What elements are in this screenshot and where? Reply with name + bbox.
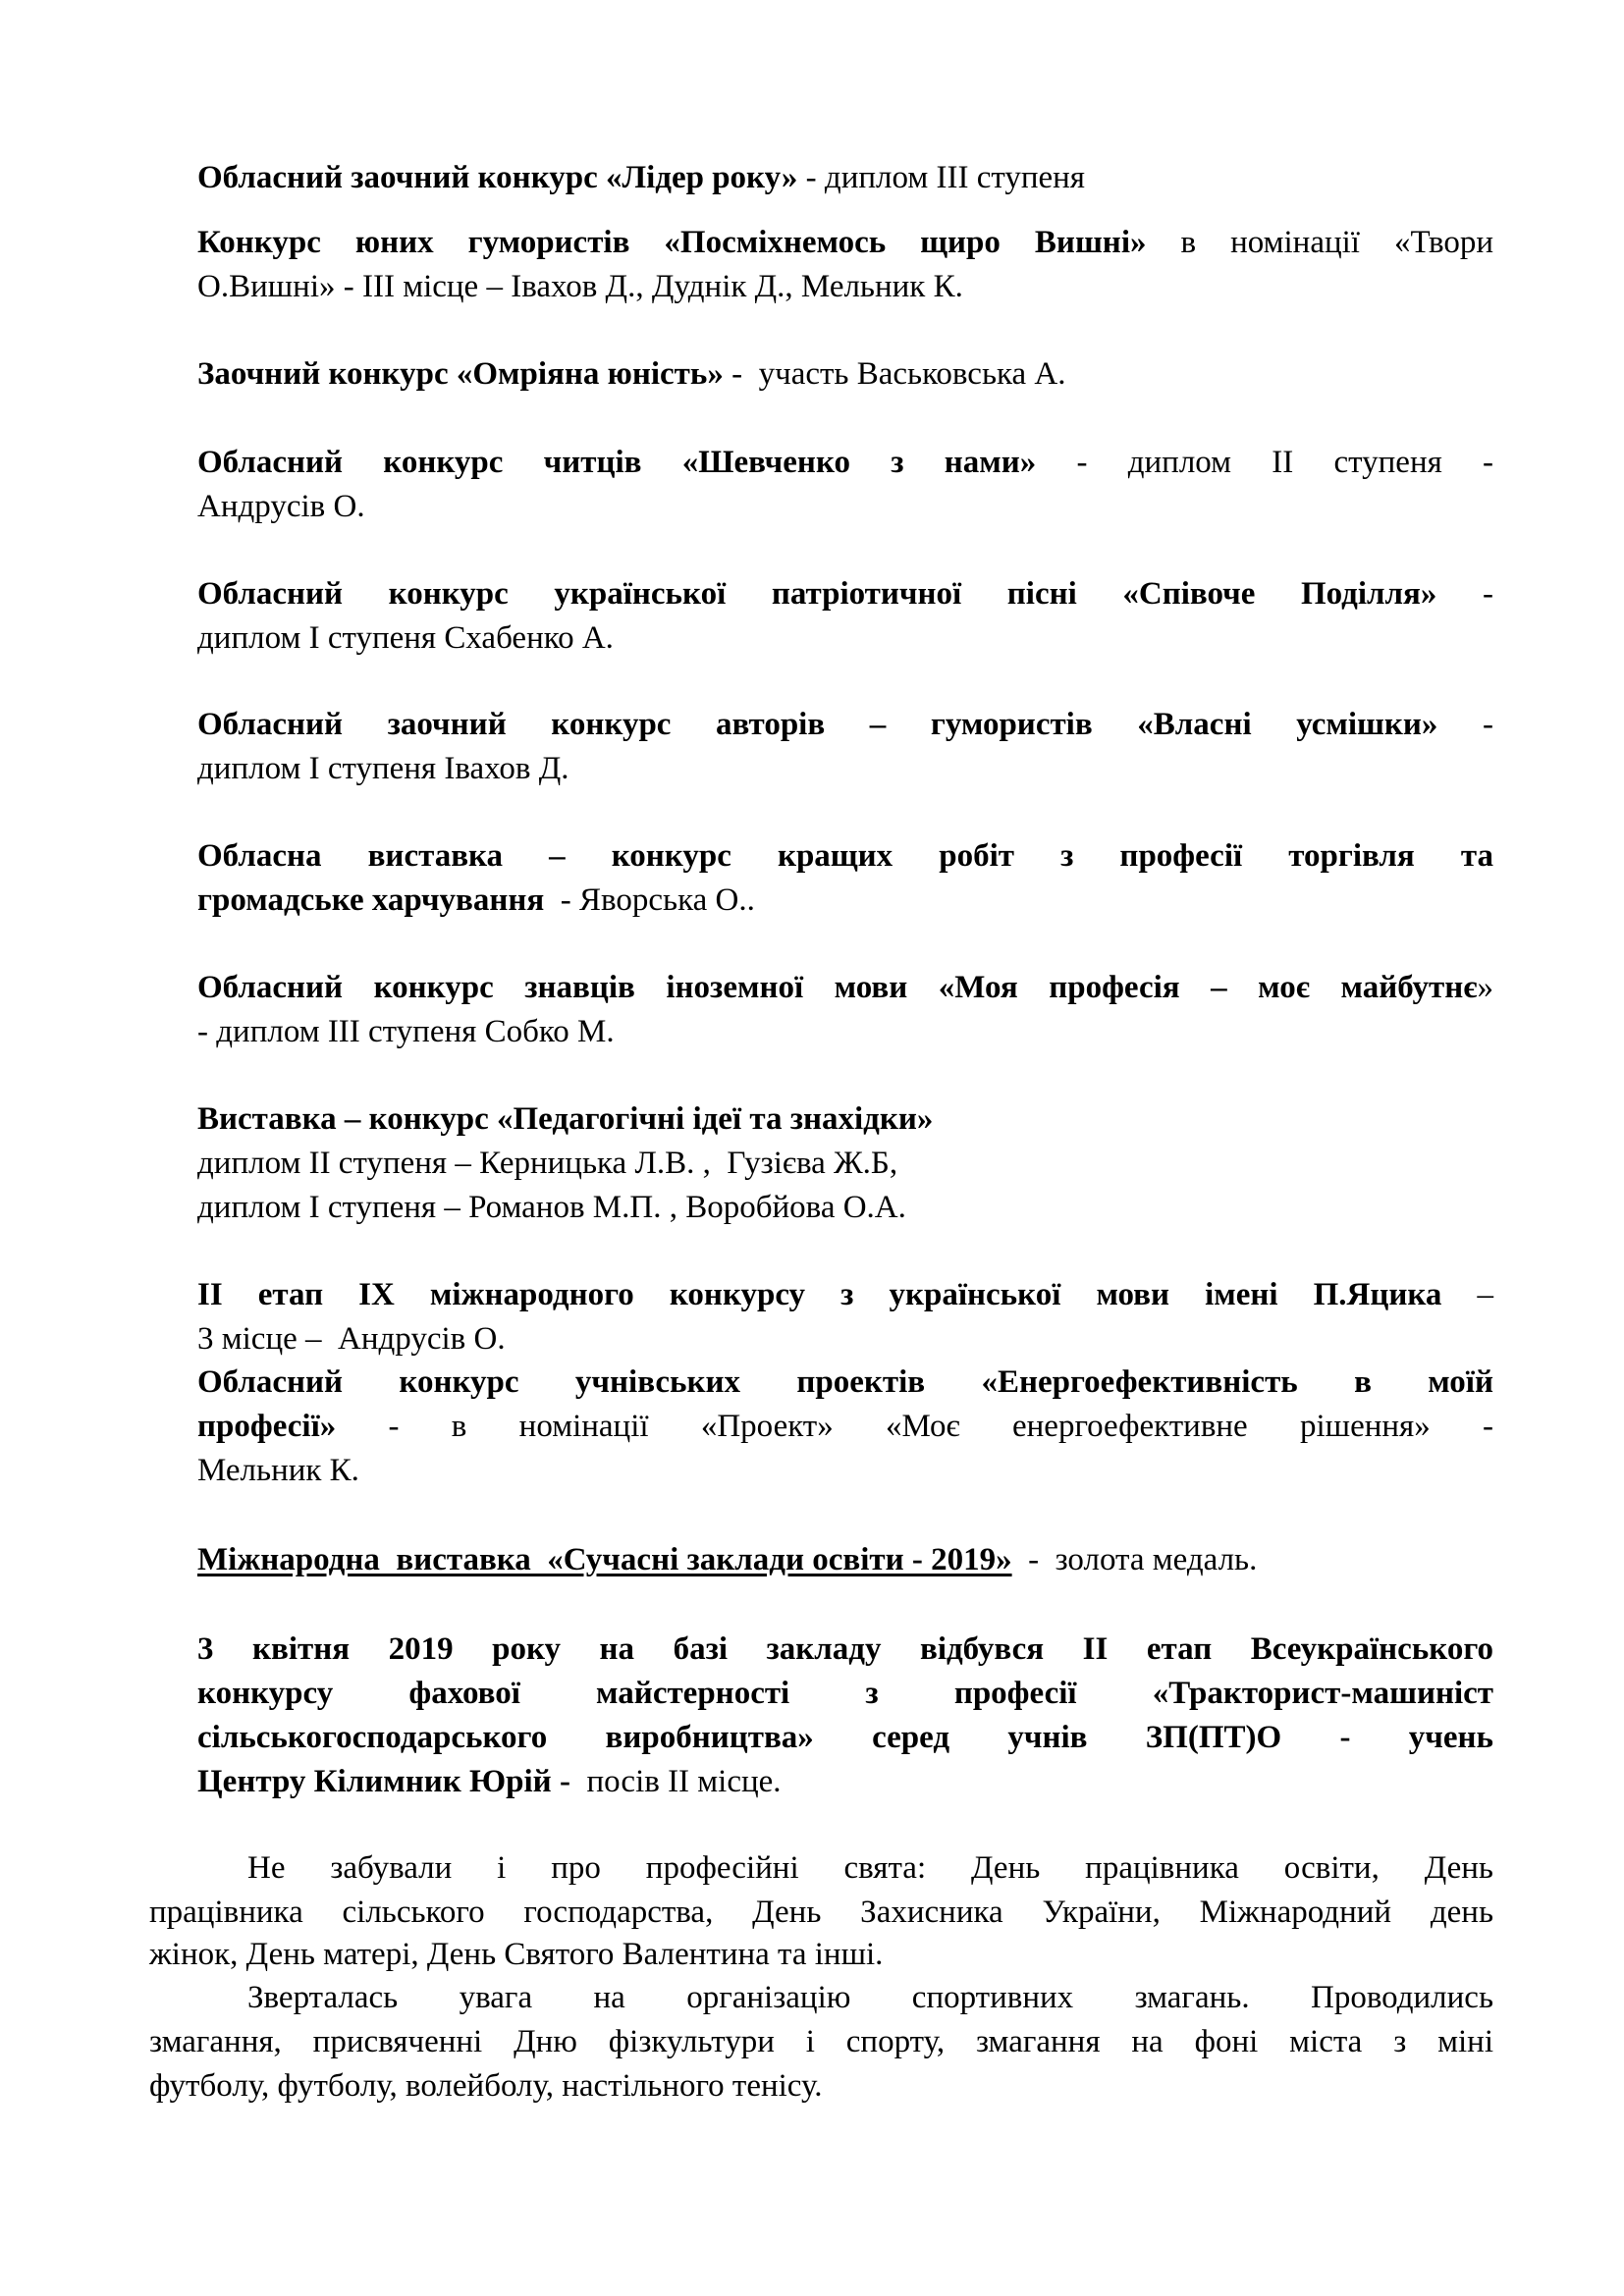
bold-text-run: 3 квітня 2019 року на базі закладу відбу… [197, 1631, 1493, 1667]
text-line: Обласний конкурс читців «Шевченко з нами… [197, 441, 1493, 485]
document-page: Обласний заочний конкурс «Лідер року» - … [0, 0, 1624, 2296]
text-run: Андрусів О. [197, 489, 365, 524]
text-line: Обласний конкурс української патріотично… [197, 572, 1493, 616]
text-run: - диплом ІІІ ступеня [797, 160, 1085, 195]
text-line: Андрусів О. [197, 485, 1493, 529]
text-line: Обласна виставка – конкурс кращих робіт … [197, 834, 1493, 879]
text-line: - диплом ІІІ ступеня Собко М. [197, 1010, 1493, 1054]
bold-text-run: Заочний конкурс «Омріяна юність» [197, 356, 724, 392]
text-run: - [1437, 707, 1493, 742]
text-run: футболу, футболу, волейболу, настільного… [149, 2068, 822, 2104]
text-run: - Яворська О.. [544, 882, 755, 918]
text-run: Зверталась увага на організацію спортивн… [247, 1980, 1493, 2015]
text-run: диплом І ступеня Івахов Д. [197, 751, 568, 786]
bold-text-run: Обласна виставка – конкурс кращих робіт … [197, 838, 1493, 874]
text-line: професії» - в номінації «Проект» «Моє ен… [197, 1405, 1493, 1449]
text-line: футболу, футболу, волейболу, настільного… [149, 2064, 1493, 2109]
bold-text-run: громадське харчування [197, 882, 544, 918]
text-line: Обласний конкурс знавців іноземної мови … [197, 966, 1493, 1010]
text-run: - золота медаль. [1012, 1542, 1258, 1577]
text-line: громадське харчування - Яворська О.. [197, 879, 1493, 923]
bold-text-run: Обласний конкурс читців «Шевченко з нами… [197, 445, 1036, 480]
text-run: Не забували і про професійні свята: День… [247, 1850, 1493, 1886]
text-line: 3 квітня 2019 року на базі закладу відбу… [197, 1628, 1493, 1672]
text-line: Міжнародна виставка «Сучасні заклади осв… [197, 1538, 1493, 1582]
bold-text-run: сільськогосподарського виробництва» [197, 1720, 814, 1755]
text-run: – [1441, 1277, 1493, 1312]
text-line: диплом І ступеня – Романов М.П. , Воробй… [197, 1186, 1493, 1230]
text-line: Не забували і про професійні свята: День… [247, 1846, 1493, 1891]
text-line: диплом ІІ ступеня – Керницька Л.В. , Гуз… [197, 1142, 1493, 1186]
text-run: - диплом ІІ ступеня - [1036, 445, 1493, 480]
text-line: ІІ етап ІХ міжнародного конкурсу з украї… [197, 1273, 1493, 1317]
text-run [814, 1720, 872, 1755]
text-run: - участь Васьковська А. [724, 356, 1066, 392]
text-line: Заочний конкурс «Омріяна юність» - участ… [197, 352, 1493, 397]
bold-text-run: професії» [197, 1409, 336, 1444]
bold-text-run: Обласний конкурс української патріотично… [197, 576, 1436, 612]
text-line: конкурсу фахової майстерності з професії… [197, 1672, 1493, 1716]
text-run: - [1436, 576, 1493, 612]
bold-text-run: Конкурс юних гумористів «Посміхнемось щи… [197, 225, 1146, 260]
text-line: Обласний заочний конкурс «Лідер року» - … [197, 156, 1493, 200]
text-line: Мельник К. [197, 1449, 1493, 1493]
text-line: Конкурс юних гумористів «Посміхнемось щи… [197, 221, 1493, 265]
text-run: диплом ІІ ступеня – Керницька Л.В. , Гуз… [197, 1146, 897, 1181]
text-run: змагання, присвяченні Дню фізкультури і … [149, 2024, 1493, 2059]
text-run: в номінації «Твори [1146, 225, 1493, 260]
text-run: жінок, День матері, День Святого Валенти… [149, 1937, 883, 1972]
text-line: Обласний заочний конкурс авторів – гумор… [197, 703, 1493, 747]
text-line: Виставка – конкурс «Педагогічні ідеї та … [197, 1097, 1493, 1142]
text-run: 3 місце – Андрусів О. [197, 1321, 506, 1357]
text-run: працівника сільського господарства, День… [149, 1895, 1493, 1930]
text-line: працівника сільського господарства, День… [149, 1891, 1493, 1935]
bold-text-run: Обласний заочний конкурс авторів – гумор… [197, 707, 1437, 742]
text-run: Мельник К. [197, 1453, 359, 1488]
text-line: О.Вишні» - ІІІ місце – Івахов Д., Дуднік… [197, 265, 1493, 309]
text-line: Зверталась увага на організацію спортивн… [247, 1976, 1493, 2020]
bold-text-run: Міжнародна виставка «Сучасні заклади осв… [197, 1542, 1012, 1577]
bold-text-run: серед учнів ЗП(ПТ)О - учень [872, 1720, 1493, 1755]
text-line: диплом І ступеня Схабенко А. [197, 616, 1493, 661]
text-line: змагання, присвяченні Дню фізкультури і … [149, 2020, 1493, 2064]
bold-text-run: Обласний конкурс знавців іноземної мови … [197, 970, 1478, 1005]
text-run: - в номінації «Проект» «Моє енергоефекти… [336, 1409, 1493, 1444]
text-line: Обласний конкурс учнівських проектів «Ен… [197, 1361, 1493, 1405]
text-run: » [1478, 970, 1494, 1005]
text-line: жінок, День матері, День Святого Валенти… [149, 1933, 1493, 1977]
text-line: Центру Кілимник Юрій - посів ІІ місце. [197, 1760, 1493, 1804]
bold-text-run: Обласний конкурс учнівських проектів «Ен… [197, 1364, 1493, 1400]
text-line: 3 місце – Андрусів О. [197, 1317, 1493, 1362]
bold-text-run: Центру Кілимник Юрій - [197, 1764, 570, 1799]
text-run: диплом І ступеня – Романов М.П. , Воробй… [197, 1190, 906, 1225]
bold-text-run: Виставка – конкурс «Педагогічні ідеї та … [197, 1101, 933, 1137]
text-run: - диплом ІІІ ступеня Собко М. [197, 1014, 615, 1049]
text-line: диплом І ступеня Івахов Д. [197, 747, 1493, 791]
text-run: диплом І ступеня Схабенко А. [197, 620, 614, 656]
text-run: посів ІІ місце. [570, 1764, 782, 1799]
text-line: сільськогосподарського виробництва» сере… [197, 1716, 1493, 1760]
bold-text-run: конкурсу фахової майстерності з професії… [197, 1676, 1493, 1711]
bold-text-run: Обласний заочний конкурс «Лідер року» [197, 160, 797, 195]
text-run: О.Вишні» - ІІІ місце – Івахов Д., Дуднік… [197, 269, 963, 304]
bold-text-run: ІІ етап ІХ міжнародного конкурсу з украї… [197, 1277, 1441, 1312]
